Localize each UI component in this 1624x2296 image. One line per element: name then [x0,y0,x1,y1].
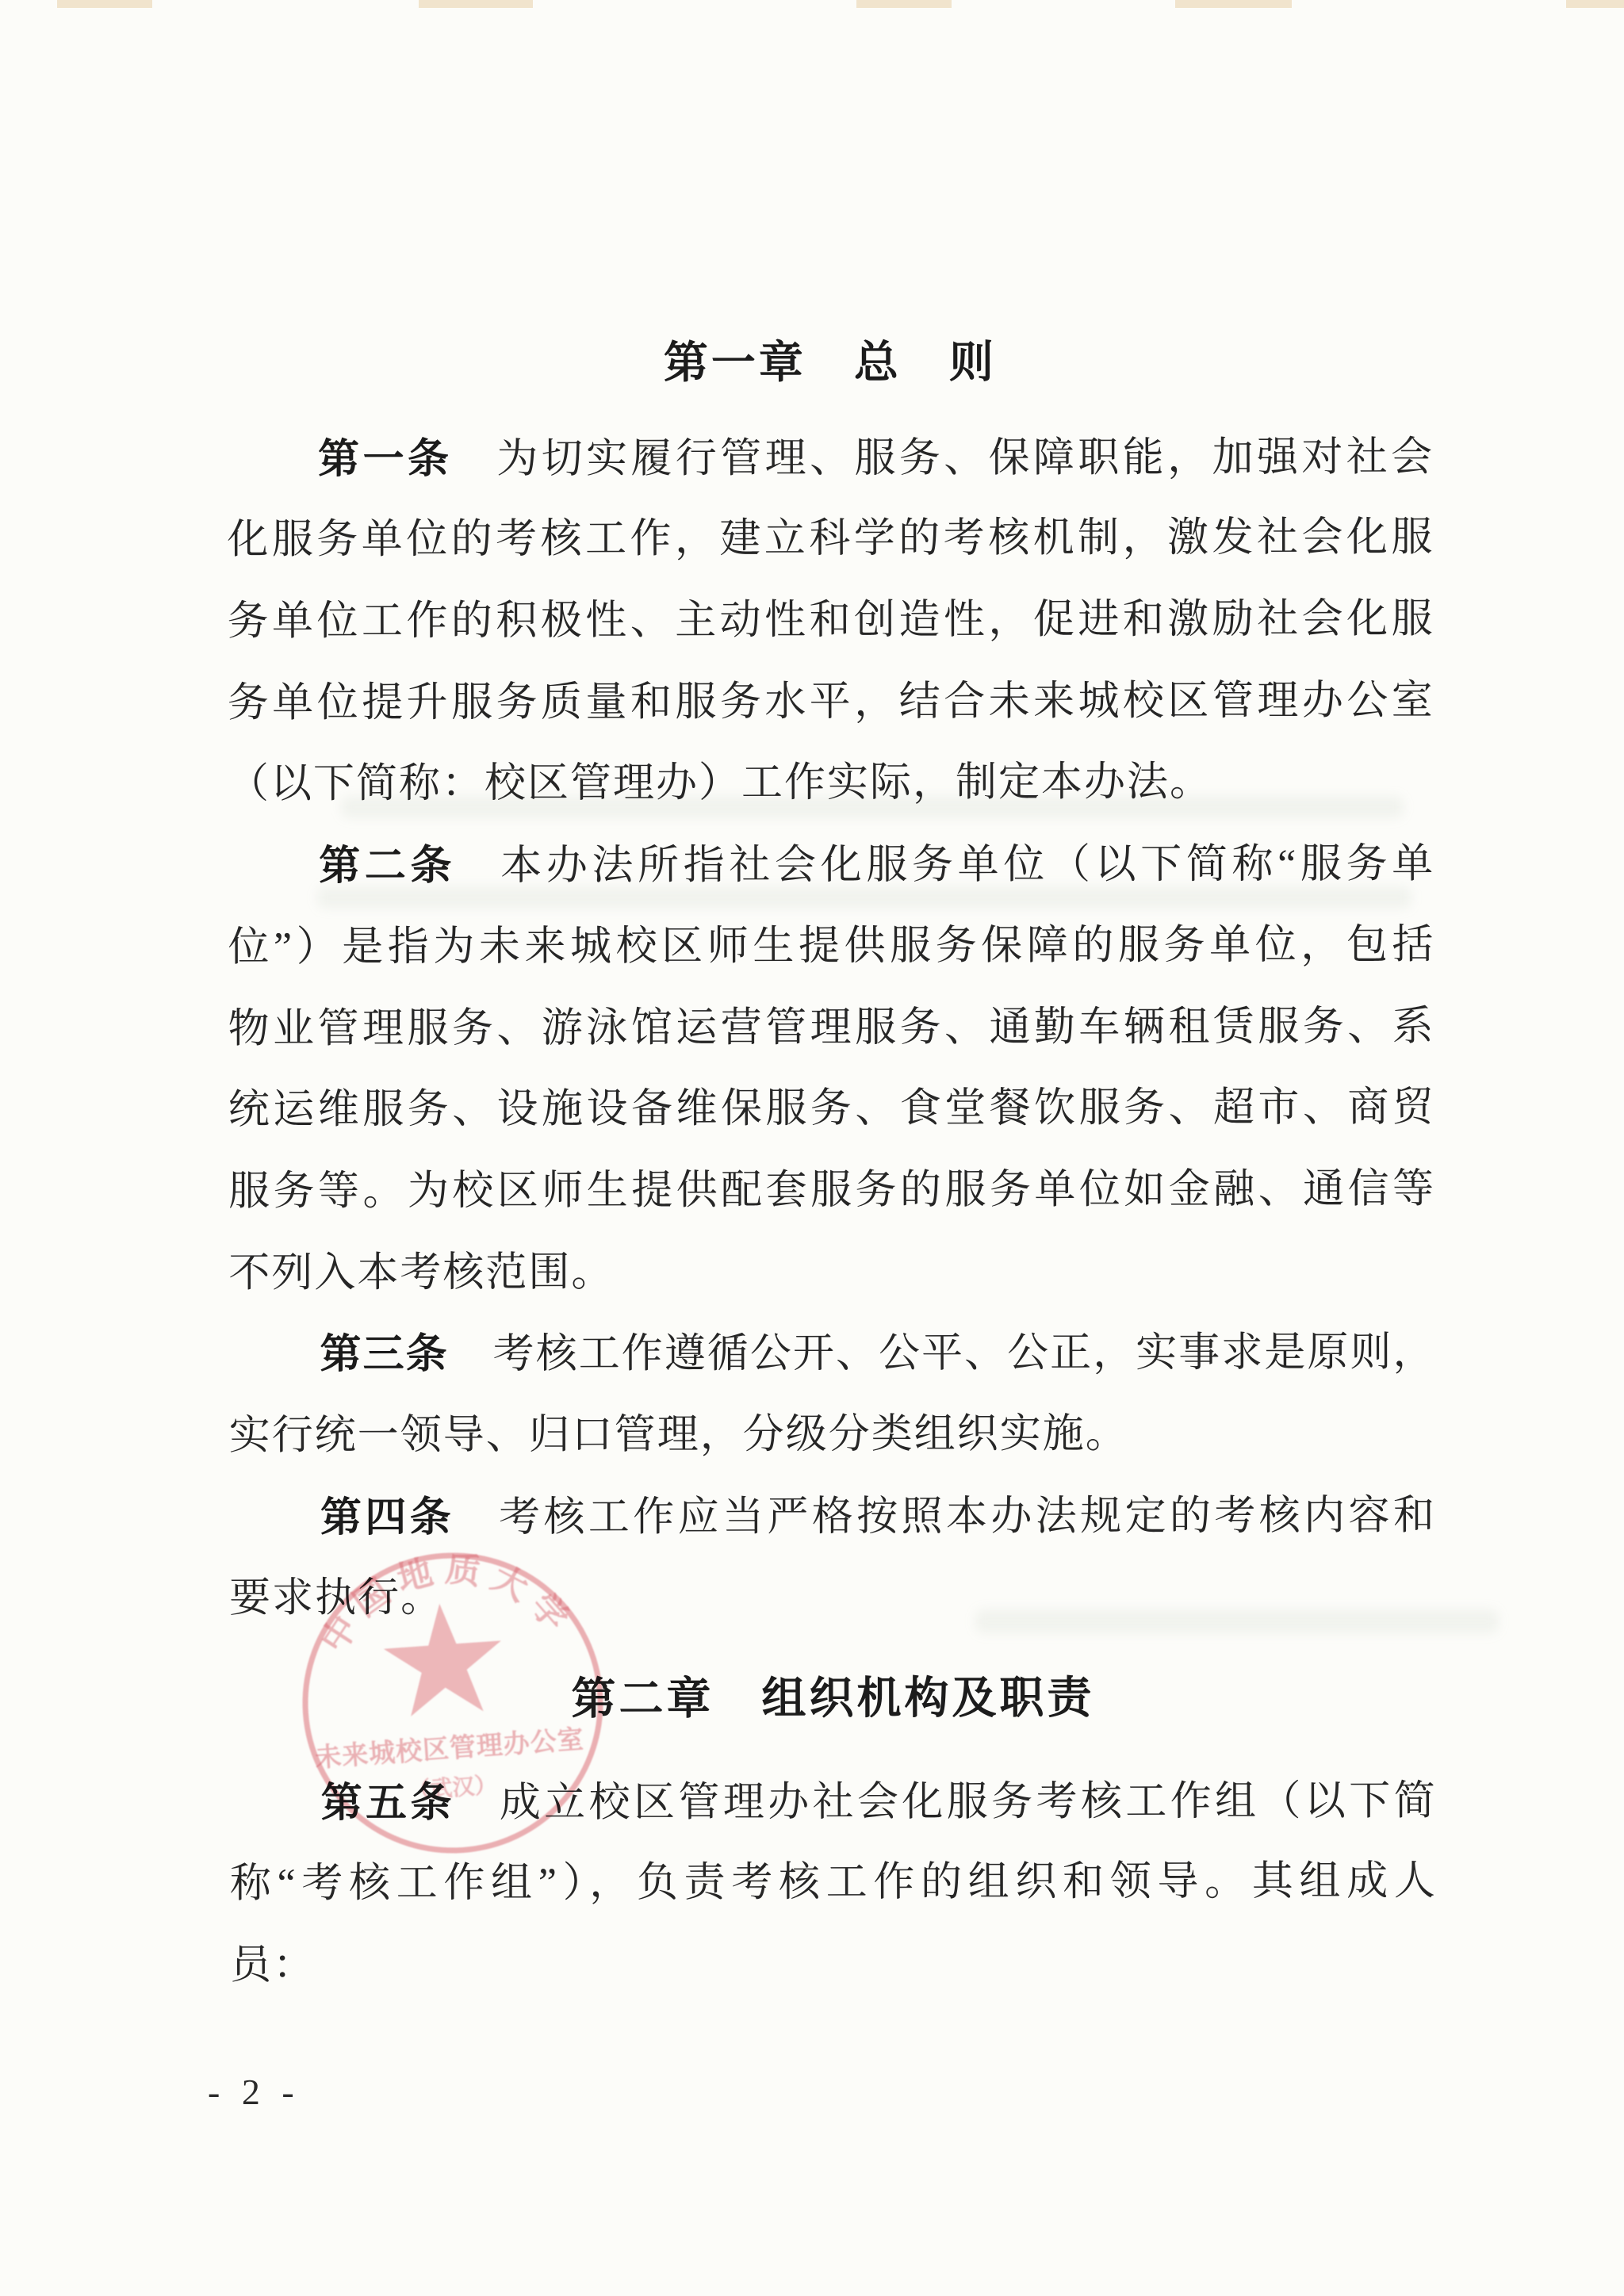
page-number: - 2 - [208,2071,301,2113]
scan-edge-artifact [419,0,533,8]
line-text: 化服务单位的考核工作，建立科学的考核机制，激发社会化服 [227,515,1434,563]
text-line: 位”）是指为未来城校区师生提供服务保障的服务单位，包括 [228,905,1434,989]
text-line: 务单位提升服务质量和服务水平，结合未来城校区管理办公室 [228,660,1434,744]
line-text: 服务等。为校区师生提供配套服务的服务单位如金融、通信等 [228,1166,1435,1214]
scan-edge-artifact [856,0,952,8]
text-line: 服务等。为校区师生提供配套服务的服务单位如金融、通信等 [228,1149,1435,1233]
line-text: 成立校区管理办社会化服务考核工作组（以下简 [500,1778,1437,1825]
line-text: 务单位工作的积极性、主动性和创造性，促进和激励社会化服 [228,596,1434,644]
scanned-document-page: 第一章 总 则 第一条为切实履行管理、服务、保障职能，加强对社会 化服务单位的考… [0,0,1624,2296]
line-text: 统运维服务、设施设备维保服务、食堂餐饮服务、超市、商贸 [228,1085,1435,1133]
text-line: 员： [230,1923,1437,2007]
text-line: 物业管理服务、游泳馆运营管理服务、通勤车辆租赁服务、系 [228,986,1435,1070]
text-line: 不列入本考核范围。 [228,1230,1435,1314]
text-line: 实行统一领导、归口管理，分级分类组织实施。 [229,1393,1436,1477]
official-red-seal: 中国地质大学 未来城校区管理办公室 （武汉） [287,1537,619,1869]
text-line: 第一条为切实履行管理、服务、保障职能，加强对社会 [227,416,1434,500]
line-text: 考核工作遵循公开、公平、公正，实事求是原则， [493,1330,1436,1377]
scan-edge-artifact [1566,0,1624,8]
text-line: 第四条考核工作应当严格按照本办法规定的考核内容和 [229,1475,1436,1559]
seal-star-icon [381,1600,506,1718]
line-text: 务单位提升服务质量和服务水平，结合未来城校区管理办公室 [228,678,1434,725]
line-text: （以下简称：校区管理办）工作实际，制定本办法。 [228,760,1212,807]
seal-circle [295,1545,610,1860]
line-text: 不列入本考核范围。 [228,1249,614,1295]
line-text: 员： [230,1942,316,1988]
line-text: 考核工作应当严格按照本办法规定的考核内容和 [499,1493,1436,1540]
line-text: 称“考核工作组”），负责考核工作的组织和领导。其组成人 [230,1859,1437,1907]
line-text: 实行统一领导、归口管理，分级分类组织实施。 [229,1411,1128,1458]
text-line: （以下简称：校区管理办）工作实际，制定本办法。 [228,742,1434,826]
text-line: 统运维服务、设施设备维保服务、食堂餐饮服务、超市、商贸 [228,1068,1435,1152]
scan-edge-artifact [1175,0,1292,8]
chapter-1-title: 第一章 总 则 [227,320,1434,404]
line-text: 为切实履行管理、服务、保障职能，加强对社会 [496,434,1434,481]
text-line: 第二条本办法所指社会化服务单位（以下简称“服务单 [228,824,1434,908]
line-text: 本办法所指社会化服务单位（以下简称“服务单 [500,842,1434,889]
article-4-label: 第四条 [320,1494,454,1540]
article-2-label: 第二条 [319,843,456,889]
line-text: 位”）是指为未来城校区师生提供服务保障的服务单位，包括 [228,922,1434,970]
text-line: 化服务单位的考核工作，建立科学的考核机制，激发社会化服 [227,498,1434,582]
seal-bottom-text: （武汉） [407,1772,497,1803]
text-line: 第三条考核工作遵循公开、公平、公正，实事求是原则， [228,1312,1435,1396]
article-3-label: 第三条 [320,1331,448,1377]
scan-edge-artifact [57,0,152,8]
article-1-label: 第一条 [318,436,452,482]
seal-line-text: 未来城校区管理办公室 [314,1724,585,1773]
text-line: 务单位工作的积极性、主动性和创造性，促进和激励社会化服 [227,579,1434,663]
line-text: 物业管理服务、游泳馆运营管理服务、通勤车辆租赁服务、系 [228,1004,1435,1051]
